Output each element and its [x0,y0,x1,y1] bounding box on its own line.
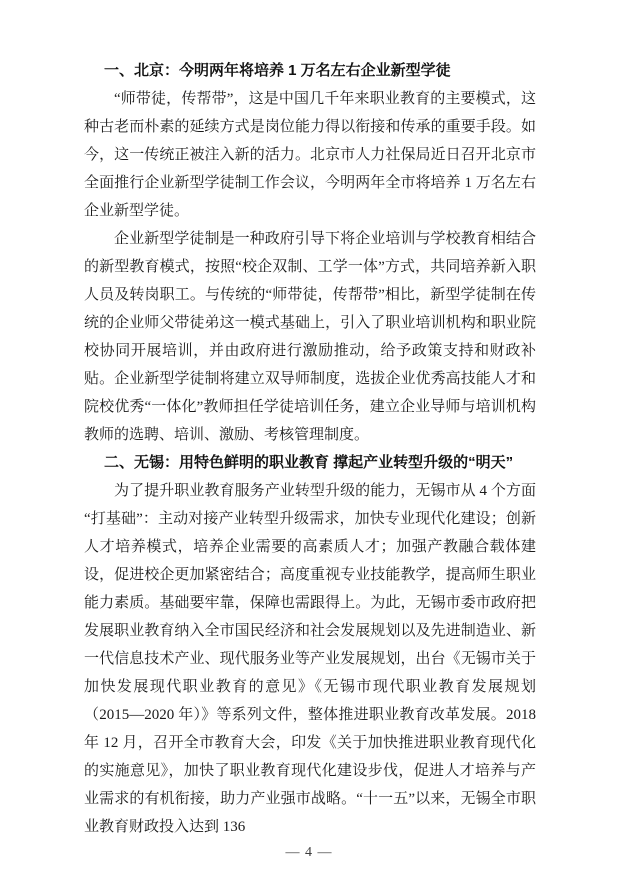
page-number: — 4 — [0,845,618,861]
section-2-heading: 二、无锡：用特色鲜明的职业教育 撑起产业转型升级的“明天” [84,449,536,477]
section-1-paragraph-2: 企业新型学徒制是一种政府引导下将企业培训与学校教育相结合的新型教育模式，按照“校… [84,225,536,449]
section-2-paragraph-1: 为了提升职业教育服务产业转型升级的能力，无锡市从 4 个方面“打基础”：主动对接… [84,477,536,841]
section-1-paragraph-1: “师带徒，传帮带”，这是中国几千年来职业教育的主要模式，这种古老而朴素的延续方式… [84,85,536,225]
page-content: 一、北京：今明两年将培养 1 万名左右企业新型学徒 “师带徒，传帮带”，这是中国… [84,57,536,841]
section-1-heading: 一、北京：今明两年将培养 1 万名左右企业新型学徒 [84,57,536,85]
document-page: 一、北京：今明两年将培养 1 万名左右企业新型学徒 “师带徒，传帮带”，这是中国… [0,0,618,890]
